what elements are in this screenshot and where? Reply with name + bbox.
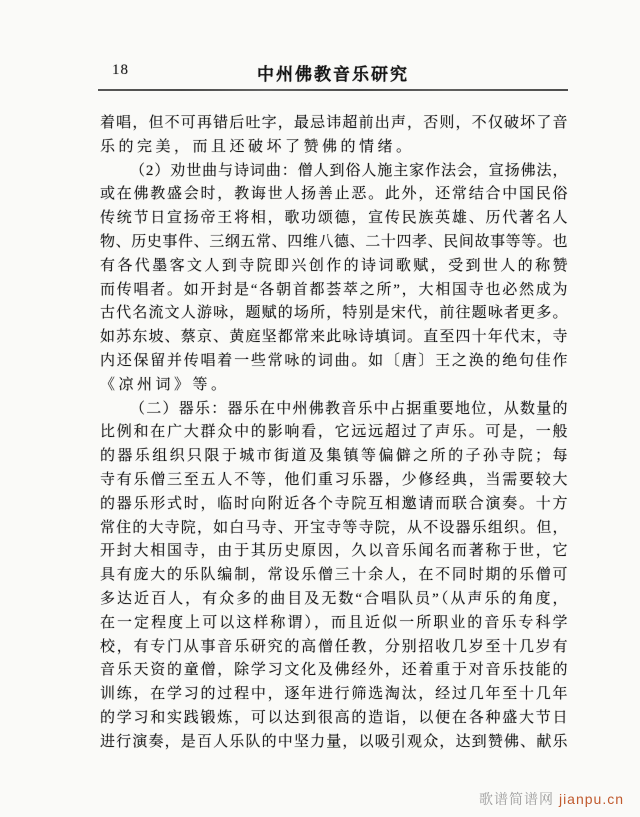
text-line: 物、历史事件、三纲五常、四维八德、二十四孝、民间故事等等。也: [100, 231, 568, 255]
text-line: 校，有专门从事音乐研究的高僧任教，分别招收几岁至十几岁有: [100, 636, 568, 660]
text-line: 进行演奏，是百人乐队的中坚力量，以吸引观众，达到赞佛、献乐: [100, 731, 568, 755]
text-line: 乐的完美，而且还破坏了赞佛的情绪。: [100, 136, 568, 160]
text-line: （2）劝世曲与诗词曲：僧人到俗人施主家作法会，宣扬佛法，: [100, 160, 568, 184]
text-line: 比例和在广大群众中的影响看，它远远超过了声乐。可是，一般: [100, 421, 568, 445]
text-line: 传统节日宣扬帝王将相，歌功颂德，宣传民族英雄、历代著名人: [100, 207, 568, 231]
text-line: 训练，在学习的过程中，逐年进行筛选淘汰，经过几年至十几年: [100, 683, 568, 707]
watermark: 歌谱简谱网jianpu.cn: [479, 789, 624, 809]
watermark-site-url: jianpu.cn: [559, 791, 624, 807]
text-line: 如苏东坡、蔡京、黄庭坚都常来此咏诗填词。直至四十年代末，寺: [100, 326, 568, 350]
text-line: 多达近百人，有众多的曲目及无数“合唱队员”（从声乐的角度，: [100, 588, 568, 612]
text-line: 具有庞大的乐队编制，常设乐僧三十余人，在不同时期的乐僧可: [100, 564, 568, 588]
scanned-book-page: 18 中州佛教音乐研究 着唱，但不可再错后吐字，最忌讳超前出声，否则，不仅破坏了…: [0, 0, 640, 817]
text-line: 着唱，但不可再错后吐字，最忌讳超前出声，否则，不仅破坏了音: [100, 112, 568, 136]
page-header: 18 中州佛教音乐研究: [98, 60, 568, 84]
text-line: 古代名流文人游咏，题赋的场所，特别是宋代，前往题咏者更多。: [100, 302, 568, 326]
text-line: 音乐天资的童僧，除学习文化及佛经外，还着重于对音乐技能的: [100, 659, 568, 683]
watermark-site-name: 歌谱简谱网: [479, 791, 554, 807]
text-line: 的器乐组织只限于城市街道及集镇等偏僻之所的子孙寺院；每: [100, 445, 568, 469]
text-line: 的器乐形式时，临时向附近各个寺院互相邀请而联合演奏。十方: [100, 493, 568, 517]
text-line: 常住的大寺院，如白马寺、开宝寺等寺院，从不设器乐组织。但，: [100, 517, 568, 541]
text-line: 的学习和实践锻炼，可以达到很高的造诣，以便在各种盛大节日: [100, 707, 568, 731]
text-line: 寺有乐僧三至五人不等，他们重习乐器，少修经典，当需要较大: [100, 469, 568, 493]
text-line: 在一定程度上可以这样称谓），而且近似一所职业的音乐专科学: [100, 612, 568, 636]
text-line: 《凉州词》等。: [100, 374, 568, 398]
text-line: 而传唱者。如开封是“各朝首都荟萃之所”，大相国寺也必然成为: [100, 279, 568, 303]
text-lines: 着唱，但不可再错后吐字，最忌讳超前出声，否则，不仅破坏了音乐的完美，而且还破坏了…: [100, 112, 568, 755]
text-line: （二）器乐：器乐在中州佛教音乐中占据重要地位，从数量的: [100, 398, 568, 422]
book-title: 中州佛教音乐研究: [98, 60, 568, 85]
text-line: 有各代墨客文人到寺院即兴创作的诗词歌赋，受到世人的称赞: [100, 255, 568, 279]
text-line: 内还保留并传唱着一些常咏的词曲。如〔唐〕王之涣的绝句佳作: [100, 350, 568, 374]
text-line: 或在佛教盛会时，教诲世人扬善止恶。此外，还常结合中国民俗: [100, 183, 568, 207]
header-divider-rule: [98, 89, 568, 91]
text-line: 开封大相国寺，由于其历史原因，久以音乐闻名而著称于世，它: [100, 540, 568, 564]
